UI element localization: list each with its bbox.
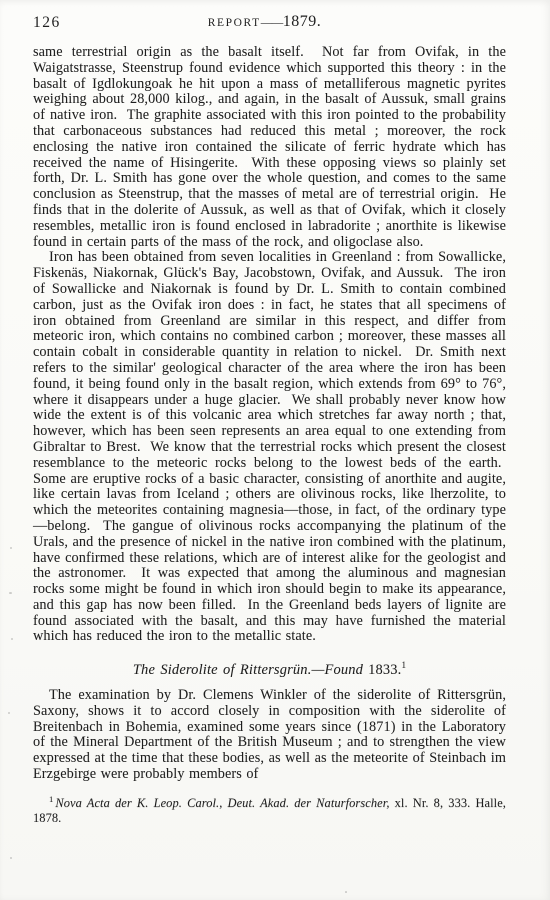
paragraph-terrestrial-origin: same terrestrial origin as the basalt it… — [33, 45, 506, 250]
footnote-citation-italic: Nova Acta der K. Leop. Carol., Deut. Aka… — [55, 796, 389, 810]
running-title-dash: —— — [261, 17, 283, 29]
running-title-year: 1879. — [283, 13, 322, 30]
scan-speck — [11, 638, 13, 640]
document-page: 126 REPORT——1879. same terrestrial origi… — [0, 0, 550, 900]
page-body: same terrestrial origin as the basalt it… — [33, 45, 506, 826]
scan-speck — [10, 547, 12, 549]
footnote: 1Nova Acta der K. Leop. Carol., Deut. Ak… — [33, 792, 506, 826]
scan-speck — [345, 891, 347, 893]
section-heading-title: The Siderolite of Rittersgrün.—Found — [133, 662, 363, 678]
scan-speck — [10, 857, 12, 859]
paragraph-rittersgrun-examination: The examination by Dr. Clemens Winkler o… — [33, 688, 506, 783]
footnote-reference: 1 — [401, 660, 406, 670]
section-heading: The Siderolite of Rittersgrün.—Found1833… — [33, 660, 506, 679]
section-heading-year: 1833. — [368, 662, 401, 678]
running-title-text: REPORT — [208, 17, 261, 29]
running-title: REPORT——1879. — [33, 13, 496, 31]
scan-speck — [9, 592, 12, 594]
running-header: 126 REPORT——1879. — [33, 13, 506, 35]
footnote-marker: 1 — [49, 794, 53, 804]
scan-speck — [8, 712, 10, 714]
paragraph-greenland-iron: Iron has been obtained from seven locali… — [33, 250, 506, 645]
